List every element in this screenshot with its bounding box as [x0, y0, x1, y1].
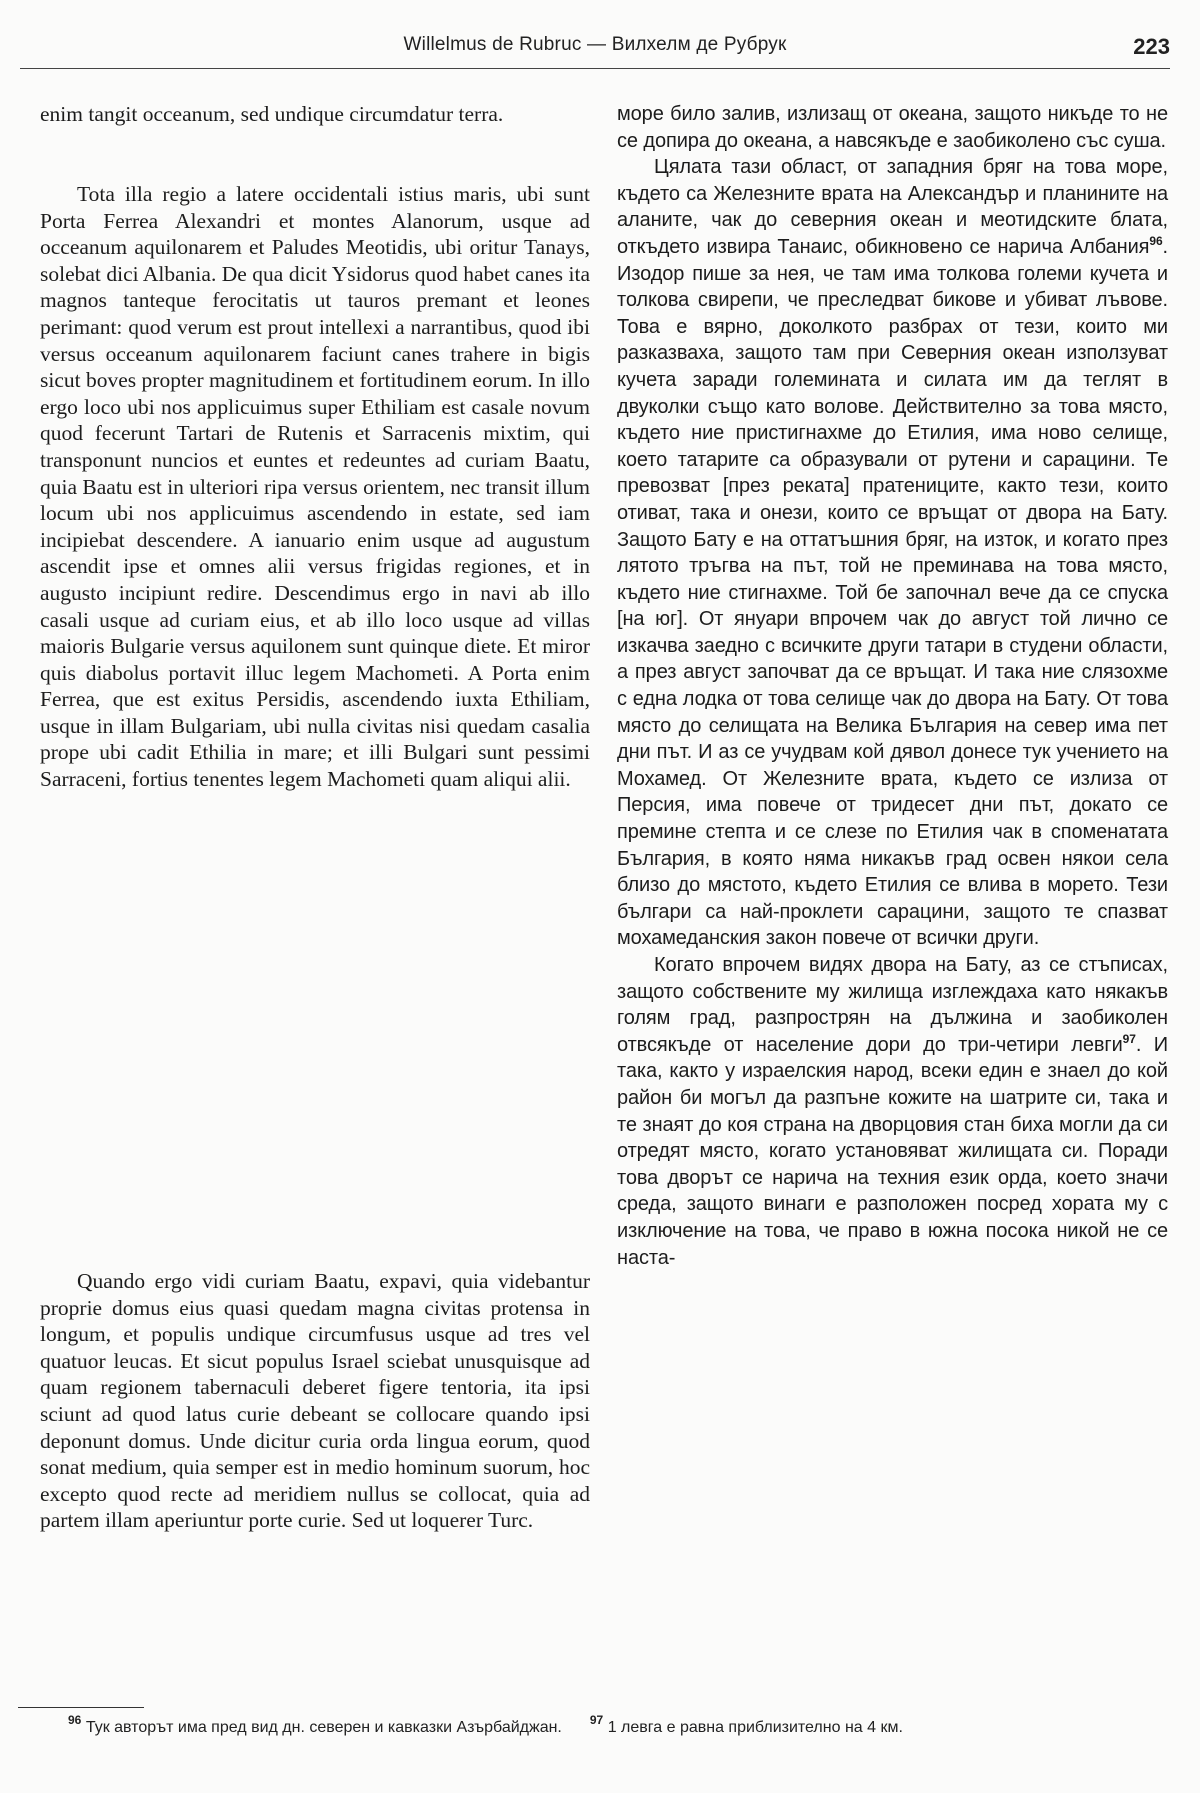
footnote-ref-97[interactable]: 97 — [1123, 1032, 1136, 1046]
paragraph-text: Цялата тази област, от западния бряг на … — [617, 156, 1168, 258]
latin-paragraph: Quando ergo vidi curiam Baatu, expavi, q… — [40, 1268, 590, 1534]
footnote-97-text: 1 левга е равна приблизително на 4 км. — [608, 1719, 903, 1736]
footnote-rule — [18, 1707, 144, 1708]
latin-column-main: Tota illa regio a latere occidentali ist… — [40, 181, 590, 793]
page-header: Willelmus de Rubruc — Вилхелм де Рубрук … — [20, 34, 1170, 68]
running-title: Willelmus de Rubruc — Вилхелм де Рубрук — [20, 34, 1170, 56]
footnote-marker-97: 97 — [590, 1713, 603, 1727]
footnote-ref-96[interactable]: 96 — [1149, 234, 1162, 248]
paragraph-text: Когато впрочем видях двора на Бату, аз с… — [617, 954, 1168, 1056]
latin-column-second: Quando ergo vidi curiam Baatu, expavi, q… — [40, 1268, 590, 1534]
footnote-marker-96: 96 — [68, 1713, 81, 1727]
footnotes: 96 Тук авторът има пред вид дн. северен … — [18, 1717, 1158, 1738]
footnote-96-text: Тук авторът има пред вид дн. северен и к… — [86, 1719, 562, 1736]
latin-paragraph: Tota illa regio a latere occidentali ist… — [40, 181, 590, 793]
bulgarian-paragraph: Цялата тази област, от западния бряг на … — [617, 154, 1168, 952]
latin-column-continuation: enim tangit occeanum, sed undique circum… — [40, 101, 590, 128]
bulgarian-column: море било залив, излизащ от океана, защо… — [617, 101, 1168, 1271]
paragraph-text: . Изодор пише за нея, че там има толкова… — [617, 236, 1168, 949]
paragraph-text: . И така, както у израелския народ, всек… — [617, 1034, 1168, 1269]
header-rule — [20, 68, 1170, 69]
bulgarian-paragraph: море било залив, излизащ от океана, защо… — [617, 101, 1168, 154]
bulgarian-paragraph: Когато впрочем видях двора на Бату, аз с… — [617, 952, 1168, 1271]
latin-paragraph: enim tangit occeanum, sed undique circum… — [40, 101, 590, 128]
page-number: 223 — [1133, 34, 1170, 60]
